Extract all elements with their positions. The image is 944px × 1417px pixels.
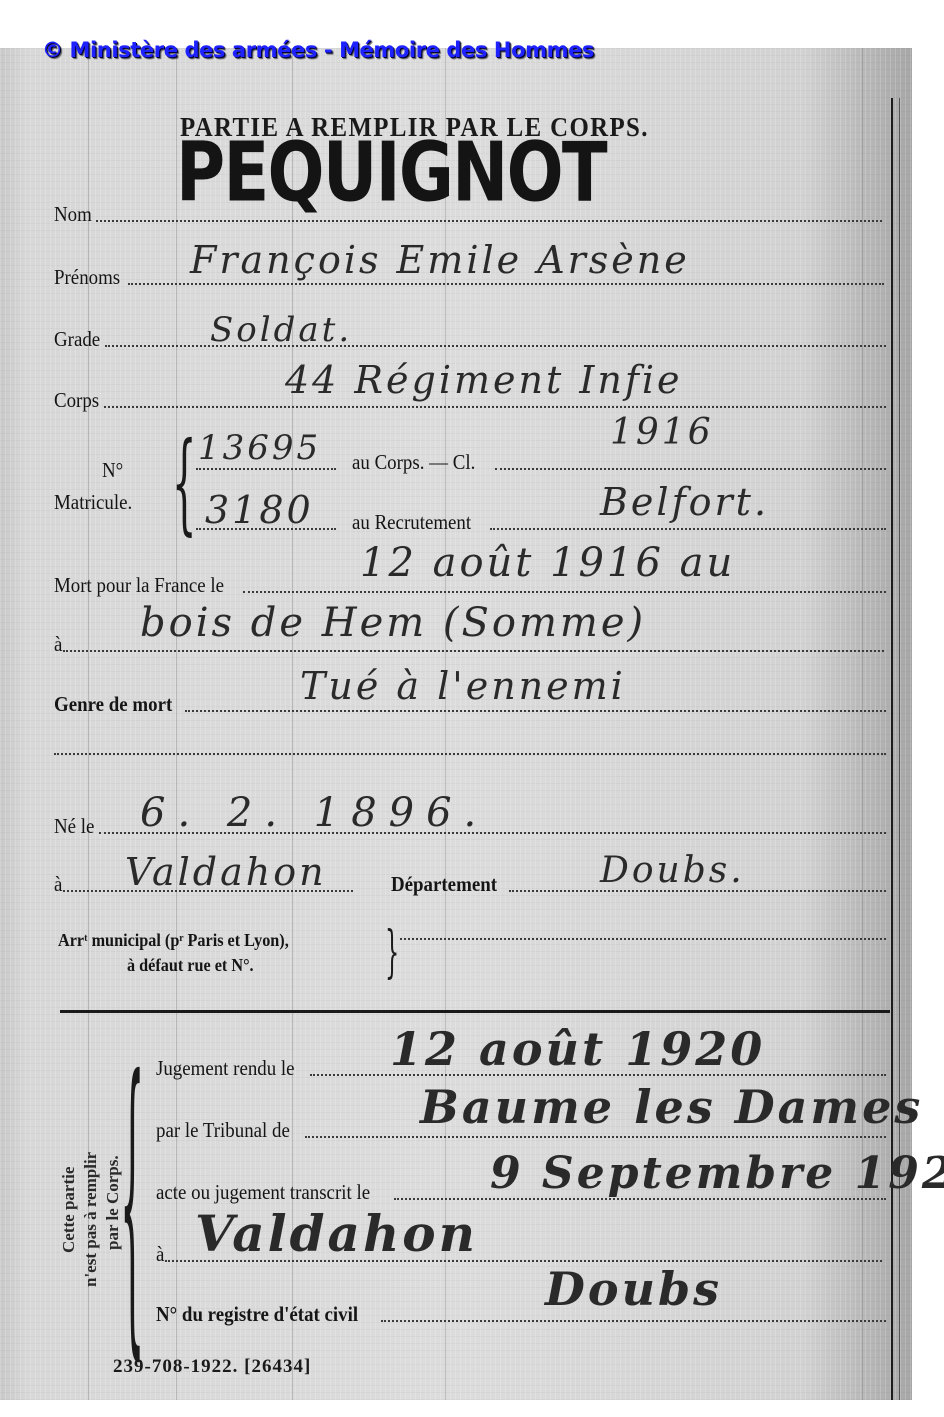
handwritten-genre-de-mort: Tué à l'ennemi [300,664,626,708]
field-label: au Recrutement [352,510,471,535]
handwritten-grade: Soldat. [210,310,352,350]
dotted-line [96,219,882,222]
print-reference: 239-708-1922. [26434] [113,1356,311,1378]
section-divider [60,1010,890,1013]
handwritten-tribunal: Baume les Dames [420,1080,923,1134]
field-label: Genre de mort [54,692,172,717]
dotted-line [128,282,885,285]
dotted-line [495,467,886,470]
side-note-line: Cette partie [59,1167,79,1253]
matricule-label: Matricule. [54,490,132,515]
field-grade: Grade [54,327,886,352]
handwritten-mort-a: bois de Hem (Somme) [140,600,646,646]
dotted-line [490,527,886,530]
arrondissement-brace: } [385,920,399,985]
dotted-line [305,1135,886,1138]
field-label: Prénoms [54,265,120,290]
handwritten-transcrit-a: Valdahon [195,1204,478,1263]
field-label: Département [391,872,497,897]
field-label: à [54,872,62,897]
side-note-line: n'est pas à remplir [81,1152,101,1287]
card-border-line [891,98,893,1400]
matricule-label-no: N° [102,458,123,483]
field-label: acte ou jugement transcrit le [156,1180,370,1205]
field-label: Nom [54,202,92,227]
handwritten-transcrit: 9 Septembre 1920 [490,1148,944,1199]
dotted-line [104,405,886,408]
card-border-line [899,98,900,1400]
handwritten-mort-le: 12 août 1916 au [360,540,735,586]
field-label: à [156,1242,164,1267]
handwritten-registre: Doubs [545,1262,722,1316]
arrondissement-label-2: à défaut rue et N°. [127,955,254,976]
field-label: à [54,632,62,657]
dotted-line [400,937,886,940]
section-brace: { [120,1040,144,1360]
handwritten-prenoms: François Emile Arsène [190,238,690,282]
field-arrondissement [400,937,886,945]
handwritten-classe: 1916 [610,412,714,453]
handwritten-recrutement-number: 3180 [205,488,314,532]
handwritten-ne-a: Valdahon [125,850,327,894]
field-label: N° du registre d'état civil [156,1302,358,1327]
field-label: au Corps. — Cl. [352,450,475,475]
field-label: par le Tribunal de [156,1118,290,1143]
field-registre: N° du registre d'état civil [156,1302,886,1327]
handwritten-corps: 44 Régiment Infie [285,358,683,402]
field-nom: Nom [54,202,882,227]
handwritten-jugement-rendu: 12 août 1920 [390,1022,765,1076]
arrondissement-label: Arrᵗ municipal (pʳ Paris et Lyon), [58,930,289,951]
field-label: Né le [54,814,94,839]
field-label: Grade [54,327,100,352]
dotted-line [63,649,884,652]
handwritten-departement: Doubs. [600,850,745,891]
handwritten-recrutement: Belfort. [600,480,769,524]
field-label: Mort pour la France le [54,573,224,598]
matricule-brace: { [172,418,197,546]
field-label: Jugement rendu le [156,1056,295,1081]
field-label: Corps [54,388,99,413]
dotted-line [381,1319,886,1322]
dotted-line [54,752,886,755]
handwritten-corps-number: 13695 [198,428,321,468]
dotted-line [243,590,886,593]
blank-line [54,752,886,760]
copyright-watermark: © Ministère des armées - Mémoire des Hom… [42,38,594,62]
handwritten-ne-le: 6. 2. 1896. [140,790,488,836]
dotted-line [185,709,886,712]
